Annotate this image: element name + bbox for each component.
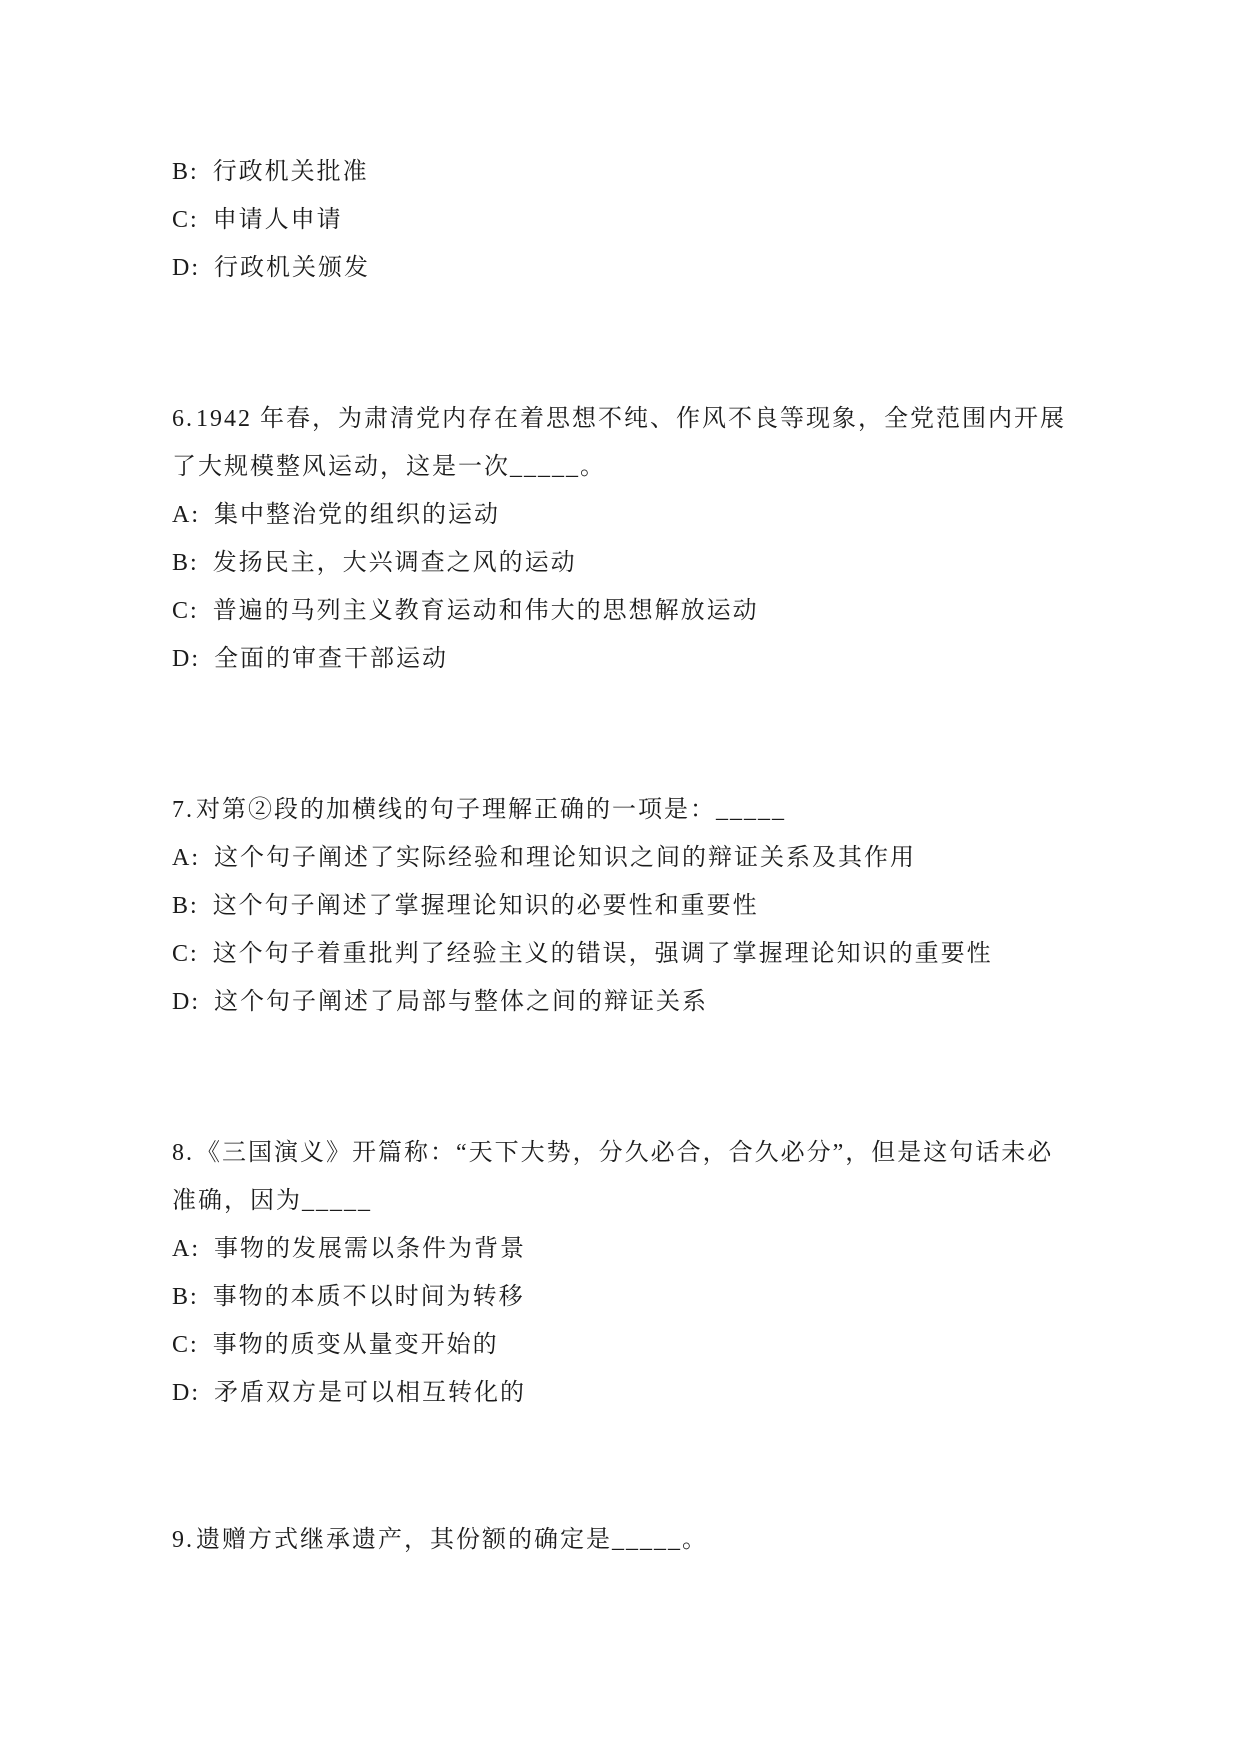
option-text: 事物的发展需以条件为背景 [214, 1236, 526, 1262]
option-line: D:矛盾双方是可以相互转化的 [172, 1369, 1090, 1417]
option-line: D:行政机关颁发 [172, 244, 1090, 292]
question-stem-text: 《三国演义》开篇称：“天下大势，分久必合，合久必分”，但是这句话未必 [196, 1140, 1053, 1166]
option-label: C: [172, 941, 199, 967]
option-label: C: [172, 207, 199, 233]
option-text: 全面的审查干部运动 [214, 646, 448, 672]
option-label: D: [172, 646, 200, 672]
question-stem-line: 7.对第②段的加横线的句子理解正确的一项是：_____ [172, 786, 1090, 834]
question-number: 9. [172, 1527, 194, 1553]
option-line: B:这个句子阐述了掌握理论知识的必要性和重要性 [172, 882, 1090, 930]
question-number: 6. [172, 406, 194, 432]
question-stem-line: 了大规模整风运动，这是一次_____。 [172, 443, 1090, 491]
question-9: 9.遗赠方式继承遗产，其份额的确定是_____。 [172, 1516, 1090, 1564]
option-text: 事物的本质不以时间为转移 [213, 1284, 525, 1310]
option-line: A:事物的发展需以条件为背景 [172, 1225, 1090, 1273]
option-line: D:这个句子阐述了局部与整体之间的辩证关系 [172, 978, 1090, 1026]
question-stem-line: 6.1942 年春，为肃清党内存在着思想不纯、作风不良等现象，全党范围内开展 [172, 395, 1090, 443]
option-label: B: [172, 1284, 199, 1310]
question-stem-line: 9.遗赠方式继承遗产，其份额的确定是_____。 [172, 1516, 1090, 1564]
option-label: D: [172, 255, 200, 281]
option-text: 行政机关批准 [213, 159, 369, 185]
question-8: 8.《三国演义》开篇称：“天下大势，分久必合，合久必分”，但是这句话未必 准确，… [172, 1129, 1090, 1417]
option-line: C:普遍的马列主义教育运动和伟大的思想解放运动 [172, 587, 1090, 635]
option-text: 申请人申请 [213, 207, 343, 233]
option-text: 发扬民主，大兴调查之风的运动 [213, 550, 577, 576]
option-text: 集中整治党的组织的运动 [214, 502, 500, 528]
question-stem-text: 1942 年春，为肃清党内存在着思想不纯、作风不良等现象，全党范围内开展 [196, 406, 1066, 432]
option-label: C: [172, 1332, 199, 1358]
question-6: 6.1942 年春，为肃清党内存在着思想不纯、作风不良等现象，全党范围内开展 了… [172, 395, 1090, 683]
option-text: 这个句子阐述了局部与整体之间的辩证关系 [214, 989, 708, 1015]
option-text: 行政机关颁发 [214, 255, 370, 281]
option-label: B: [172, 159, 199, 185]
option-line: B:事物的本质不以时间为转移 [172, 1273, 1090, 1321]
option-line: C:事物的质变从量变开始的 [172, 1321, 1090, 1369]
option-label: B: [172, 893, 199, 919]
option-text: 这个句子着重批判了经验主义的错误，强调了掌握理论知识的重要性 [213, 941, 993, 967]
question-stem-line: 8.《三国演义》开篇称：“天下大势，分久必合，合久必分”，但是这句话未必 [172, 1129, 1090, 1177]
option-line: A:集中整治党的组织的运动 [172, 491, 1090, 539]
option-label: B: [172, 550, 199, 576]
option-line: D:全面的审查干部运动 [172, 635, 1090, 683]
question-stem-text: 对第②段的加横线的句子理解正确的一项是：_____ [196, 797, 786, 823]
option-line: B:行政机关批准 [172, 148, 1090, 196]
option-text: 矛盾双方是可以相互转化的 [214, 1380, 526, 1406]
option-line: B:发扬民主，大兴调查之风的运动 [172, 539, 1090, 587]
option-label: A: [172, 502, 200, 528]
option-line: C:申请人申请 [172, 196, 1090, 244]
exam-document-page: B:行政机关批准 C:申请人申请 D:行政机关颁发 6.1942 年春，为肃清党… [0, 0, 1240, 1753]
question-stem-text: 了大规模整风运动，这是一次_____。 [172, 454, 606, 480]
option-text: 这个句子阐述了掌握理论知识的必要性和重要性 [213, 893, 759, 919]
question-stem-line: 准确，因为_____ [172, 1177, 1090, 1225]
option-text: 普遍的马列主义教育运动和伟大的思想解放运动 [213, 598, 759, 624]
question-stem-text: 准确，因为_____ [172, 1188, 372, 1214]
option-label: C: [172, 598, 199, 624]
option-line: A:这个句子阐述了实际经验和理论知识之间的辩证关系及其作用 [172, 834, 1090, 882]
option-label: D: [172, 989, 200, 1015]
question-number: 8. [172, 1140, 194, 1166]
question-number: 7. [172, 797, 194, 823]
previous-question-options: B:行政机关批准 C:申请人申请 D:行政机关颁发 [172, 148, 1090, 292]
option-text: 事物的质变从量变开始的 [213, 1332, 499, 1358]
option-line: C:这个句子着重批判了经验主义的错误，强调了掌握理论知识的重要性 [172, 930, 1090, 978]
option-label: A: [172, 1236, 200, 1262]
option-text: 这个句子阐述了实际经验和理论知识之间的辩证关系及其作用 [214, 845, 916, 871]
question-stem-text: 遗赠方式继承遗产，其份额的确定是_____。 [196, 1527, 708, 1553]
option-label: D: [172, 1380, 200, 1406]
question-7: 7.对第②段的加横线的句子理解正确的一项是：_____ A:这个句子阐述了实际经… [172, 786, 1090, 1026]
option-label: A: [172, 845, 200, 871]
